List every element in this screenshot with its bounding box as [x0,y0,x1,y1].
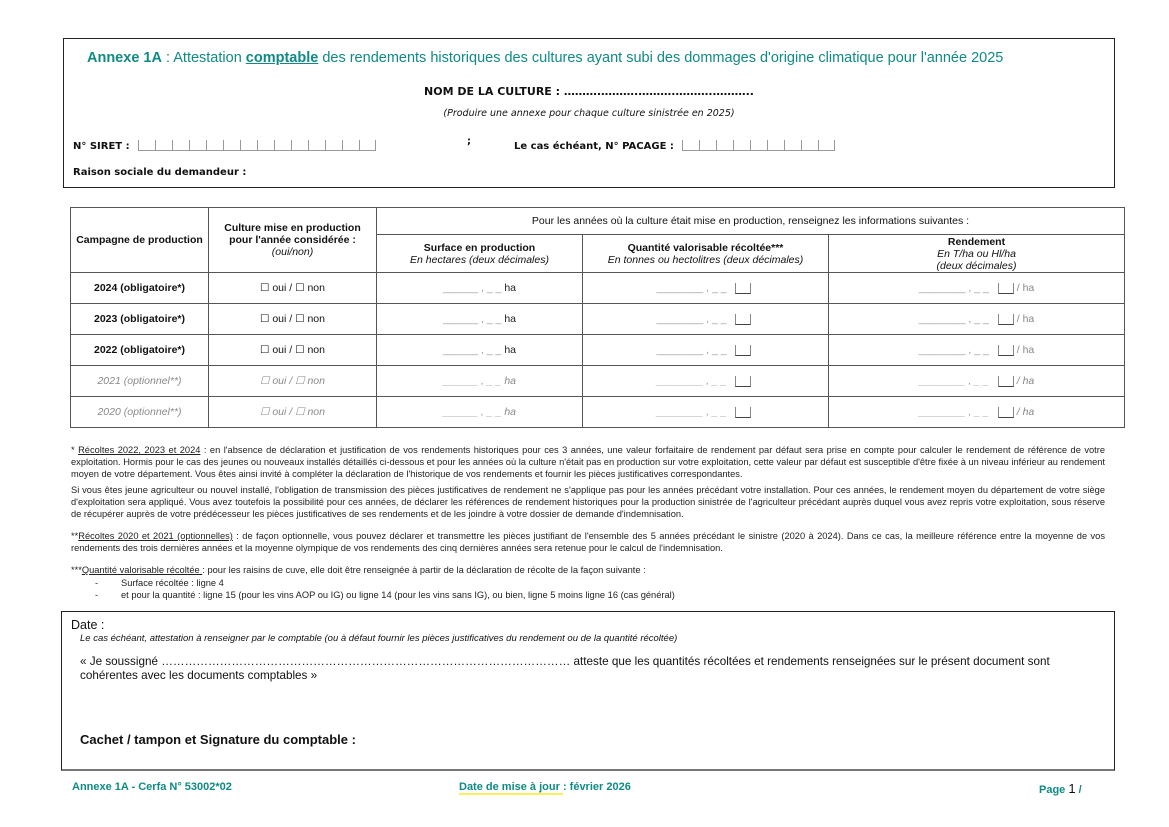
oui-non-label[interactable]: ☐ oui / ☐ non [260,406,325,418]
unit-box[interactable] [735,376,751,387]
unit-box[interactable] [998,314,1014,325]
quantite-blank[interactable]: ________ , _ _ [657,406,730,418]
rendement-field[interactable]: ________ , _ _ / ha [829,335,1125,366]
footnotes: * Récoltes 2022, 2023 et 2024 : en l'abs… [71,444,1105,601]
table-row: 2023 (obligatoire*)☐ oui / ☐ non______ ,… [71,304,1125,335]
digit-cell[interactable] [172,140,189,151]
oui-non-label[interactable]: ☐ oui / ☐ non [260,375,325,387]
signature-label: Cachet / tampon et Signature du comptabl… [80,732,356,747]
oui-non-checkboxes[interactable]: ☐ oui / ☐ non [209,397,377,428]
note-optionnel: **Récoltes 2020 et 2021 (optionnelles) :… [71,530,1105,554]
col-rendement-title: Rendement [948,236,1005,248]
header-box: Annexe 1A : Attestation comptable des re… [63,38,1115,188]
oui-non-label[interactable]: ☐ oui / ☐ non [260,344,325,356]
digit-cell[interactable] [733,140,750,151]
rendement-blank[interactable]: ________ , _ _ [919,313,992,325]
title-sep: : Attestation [162,50,246,66]
rendement-blank[interactable]: ________ , _ _ [919,375,992,387]
update-label: Date de mise à jour [459,781,563,795]
quantite-blank[interactable]: ________ , _ _ [657,375,730,387]
unit-box[interactable] [735,345,751,356]
note-list-item: Surface récoltée : ligne 4 [71,577,1105,589]
campagne-year: 2021 (optionnel**) [71,366,209,397]
yield-history-table: Campagne de production Culture mise en p… [70,207,1125,428]
title-prefix: Annexe 1A [87,50,162,66]
digit-cell[interactable] [223,140,240,151]
col-header-surface: Surface en production En hectares (deux … [377,235,583,273]
pacage-input[interactable] [682,139,835,151]
title-emphasis: comptable [246,50,319,66]
surface-unit: ha [504,282,516,294]
rendement-unit: / ha [1017,313,1035,325]
note-marker: *** [71,565,82,575]
rendement-unit: / ha [1017,406,1035,418]
siret-input[interactable] [138,139,376,151]
col-culture-title: Culture mise en production pour l'année … [224,222,361,246]
digit-cell[interactable] [155,140,172,151]
group-header: Pour les années où la culture était mise… [377,208,1125,235]
col-quantite-sub: En tonnes ou hectolitres (deux décimales… [587,254,824,266]
rendement-blank[interactable]: ________ , _ _ [919,282,992,294]
col-surface-title: Surface en production [424,242,535,254]
table-row: 2021 (optionnel**)☐ oui / ☐ non______ , … [71,366,1125,397]
rendement-unit: / ha [1017,282,1035,294]
quantite-field[interactable]: ________ , _ _ [583,366,829,397]
unit-box[interactable] [735,407,751,418]
oui-non-label[interactable]: ☐ oui / ☐ non [260,313,325,325]
quantite-field[interactable]: ________ , _ _ [583,273,829,304]
col-rendement-sub1: En T/ha ou Hl/ha [833,248,1120,260]
table-row: 2024 (obligatoire*)☐ oui / ☐ non______ ,… [71,273,1125,304]
note-obligatoire: * Récoltes 2022, 2023 et 2024 : en l'abs… [71,444,1105,480]
col-culture-sub: (oui/non) [213,246,372,258]
digit-cell[interactable] [699,140,716,151]
attestation-box: Date : Le cas échéant, attestation à ren… [61,611,1115,771]
unit-box[interactable] [735,314,751,325]
surface-blank[interactable]: ______ , _ _ [443,313,504,325]
quantite-blank[interactable]: ________ , _ _ [657,282,730,294]
note-text: : en l'absence de déclaration et justifi… [71,445,1105,479]
note-title: Quantité valorisable récoltée [82,565,202,575]
surface-field[interactable]: ______ , _ _ ha [377,335,583,366]
unit-box[interactable] [998,376,1014,387]
digit-cell[interactable] [682,140,699,151]
year-label: 2021 (optionnel**) [97,375,181,387]
surface-blank[interactable]: ______ , _ _ [443,344,504,356]
update-value: : février 2026 [563,781,631,793]
rendement-unit: / ha [1017,344,1035,356]
col-rendement-sub2: (deux décimales) [833,260,1120,272]
oui-non-checkboxes[interactable]: ☐ oui / ☐ non [209,335,377,366]
note-quantite: ***Quantité valorisable récoltée : pour … [71,564,1105,576]
digit-cell[interactable] [359,140,376,151]
surface-blank[interactable]: ______ , _ _ [443,375,504,387]
note-list-item: et pour la quantité : ligne 15 (pour les… [71,589,1105,601]
rendement-field[interactable]: ________ , _ _ / ha [829,273,1125,304]
surface-unit: ha [504,375,516,387]
digit-cell[interactable] [750,140,767,151]
digit-cell[interactable] [308,140,325,151]
digit-cell[interactable] [767,140,784,151]
year-label: 2024 (obligatoire*) [94,282,185,294]
footer-update-date: Date de mise à jour : février 2026 [459,781,631,793]
surface-unit: ha [504,344,516,356]
footer-cerfa: Annexe 1A - Cerfa N° 53002*02 [72,781,232,793]
oui-non-label[interactable]: ☐ oui / ☐ non [260,282,325,294]
pacage-label: Le cas échéant, N° PACAGE : [514,141,674,152]
surface-field[interactable]: ______ , _ _ ha [377,273,583,304]
col-header-quantite: Quantité valorisable récoltée*** En tonn… [583,235,829,273]
footer-page: Page 1 / [1039,781,1082,796]
col-header-campagne: Campagne de production [71,208,209,273]
separator: ; [467,136,471,147]
year-label: 2023 (obligatoire*) [94,313,185,325]
page-title: Annexe 1A : Attestation comptable des re… [87,50,1003,66]
campagne-year: 2022 (obligatoire*) [71,335,209,366]
oui-non-checkboxes[interactable]: ☐ oui / ☐ non [209,366,377,397]
surface-field[interactable]: ______ , _ _ ha [377,304,583,335]
siret-row: N° SIRET : [73,136,376,154]
quantite-field[interactable]: ________ , _ _ [583,397,829,428]
unit-box[interactable] [998,345,1014,356]
note-title: Récoltes 2022, 2023 et 2024 [78,445,200,455]
col-header-rendement: Rendement En T/ha ou Hl/ha (deux décimal… [829,235,1125,273]
note-title: Récoltes 2020 et 2021 (optionnelles) [78,531,233,541]
year-label: 2020 (optionnel**) [97,406,181,418]
surface-field[interactable]: ______ , _ _ ha [377,366,583,397]
note-text: : pour les raisins de cuve, elle doit êt… [202,565,645,575]
page-number: 1 [1068,781,1075,796]
unit-box[interactable] [735,283,751,294]
digit-cell[interactable] [206,140,223,151]
campagne-year: 2020 (optionnel**) [71,397,209,428]
digit-cell[interactable] [138,140,155,151]
digit-cell[interactable] [257,140,274,151]
title-rest: des rendements historiques des cultures … [318,50,1003,66]
digit-cell[interactable] [240,140,257,151]
year-label: 2022 (obligatoire*) [94,344,185,356]
digit-cell[interactable] [716,140,733,151]
unit-box[interactable] [998,283,1014,294]
quantite-field[interactable]: ________ , _ _ [583,304,829,335]
table-row: 2020 (optionnel**)☐ oui / ☐ non______ , … [71,397,1125,428]
page-label: Page [1039,784,1068,796]
quantite-blank[interactable]: ________ , _ _ [657,313,730,325]
pacage-row: Le cas échéant, N° PACAGE : [514,136,835,154]
col-quantite-title: Quantité valorisable récoltée*** [628,242,784,254]
digit-cell[interactable] [274,140,291,151]
attestation-note: Le cas échéant, attestation à renseigner… [80,633,677,644]
rendement-blank[interactable]: ________ , _ _ [919,344,992,356]
rendement-field[interactable]: ________ , _ _ / ha [829,397,1125,428]
campagne-year: 2023 (obligatoire*) [71,304,209,335]
col-header-culture: Culture mise en production pour l'année … [209,208,377,273]
rendement-field[interactable]: ________ , _ _ / ha [829,304,1125,335]
col-surface-sub: En hectares (deux décimales) [381,254,578,266]
raison-sociale-label: Raison sociale du demandeur : [73,167,246,178]
rendement-blank[interactable]: ________ , _ _ [919,406,992,418]
surface-unit: ha [504,406,516,418]
surface-blank[interactable]: ______ , _ _ [443,282,504,294]
table-row: 2022 (obligatoire*)☐ oui / ☐ non______ ,… [71,335,1125,366]
surface-field[interactable]: ______ , _ _ ha [377,397,583,428]
date-field[interactable]: Date : [71,618,104,632]
oui-non-checkboxes[interactable]: ☐ oui / ☐ non [209,304,377,335]
attestation-text[interactable]: « Je soussigné …………………………………………………………………… [80,655,1090,683]
digit-cell[interactable] [325,140,342,151]
culture-name-field[interactable]: NOM DE LA CULTURE : ……….……….……….……….……….… [64,85,1114,98]
rendement-unit: / ha [1017,375,1035,387]
siret-label: N° SIRET : [73,141,130,152]
campagne-year: 2024 (obligatoire*) [71,273,209,304]
quantite-blank[interactable]: ________ , _ _ [657,344,730,356]
note-jeune-agriculteur: Si vous êtes jeune agriculteur ou nouvel… [71,484,1105,520]
page-separator: / [1076,784,1082,796]
digit-cell[interactable] [801,140,818,151]
surface-blank[interactable]: ______ , _ _ [443,406,504,418]
rendement-field[interactable]: ________ , _ _ / ha [829,366,1125,397]
digit-cell[interactable] [784,140,801,151]
oui-non-checkboxes[interactable]: ☐ oui / ☐ non [209,273,377,304]
digit-cell[interactable] [189,140,206,151]
digit-cell[interactable] [818,140,835,151]
digit-cell[interactable] [342,140,359,151]
quantite-field[interactable]: ________ , _ _ [583,335,829,366]
digit-cell[interactable] [291,140,308,151]
culture-note: (Produire une annexe pour chaque culture… [64,108,1114,119]
unit-box[interactable] [998,407,1014,418]
surface-unit: ha [504,313,516,325]
